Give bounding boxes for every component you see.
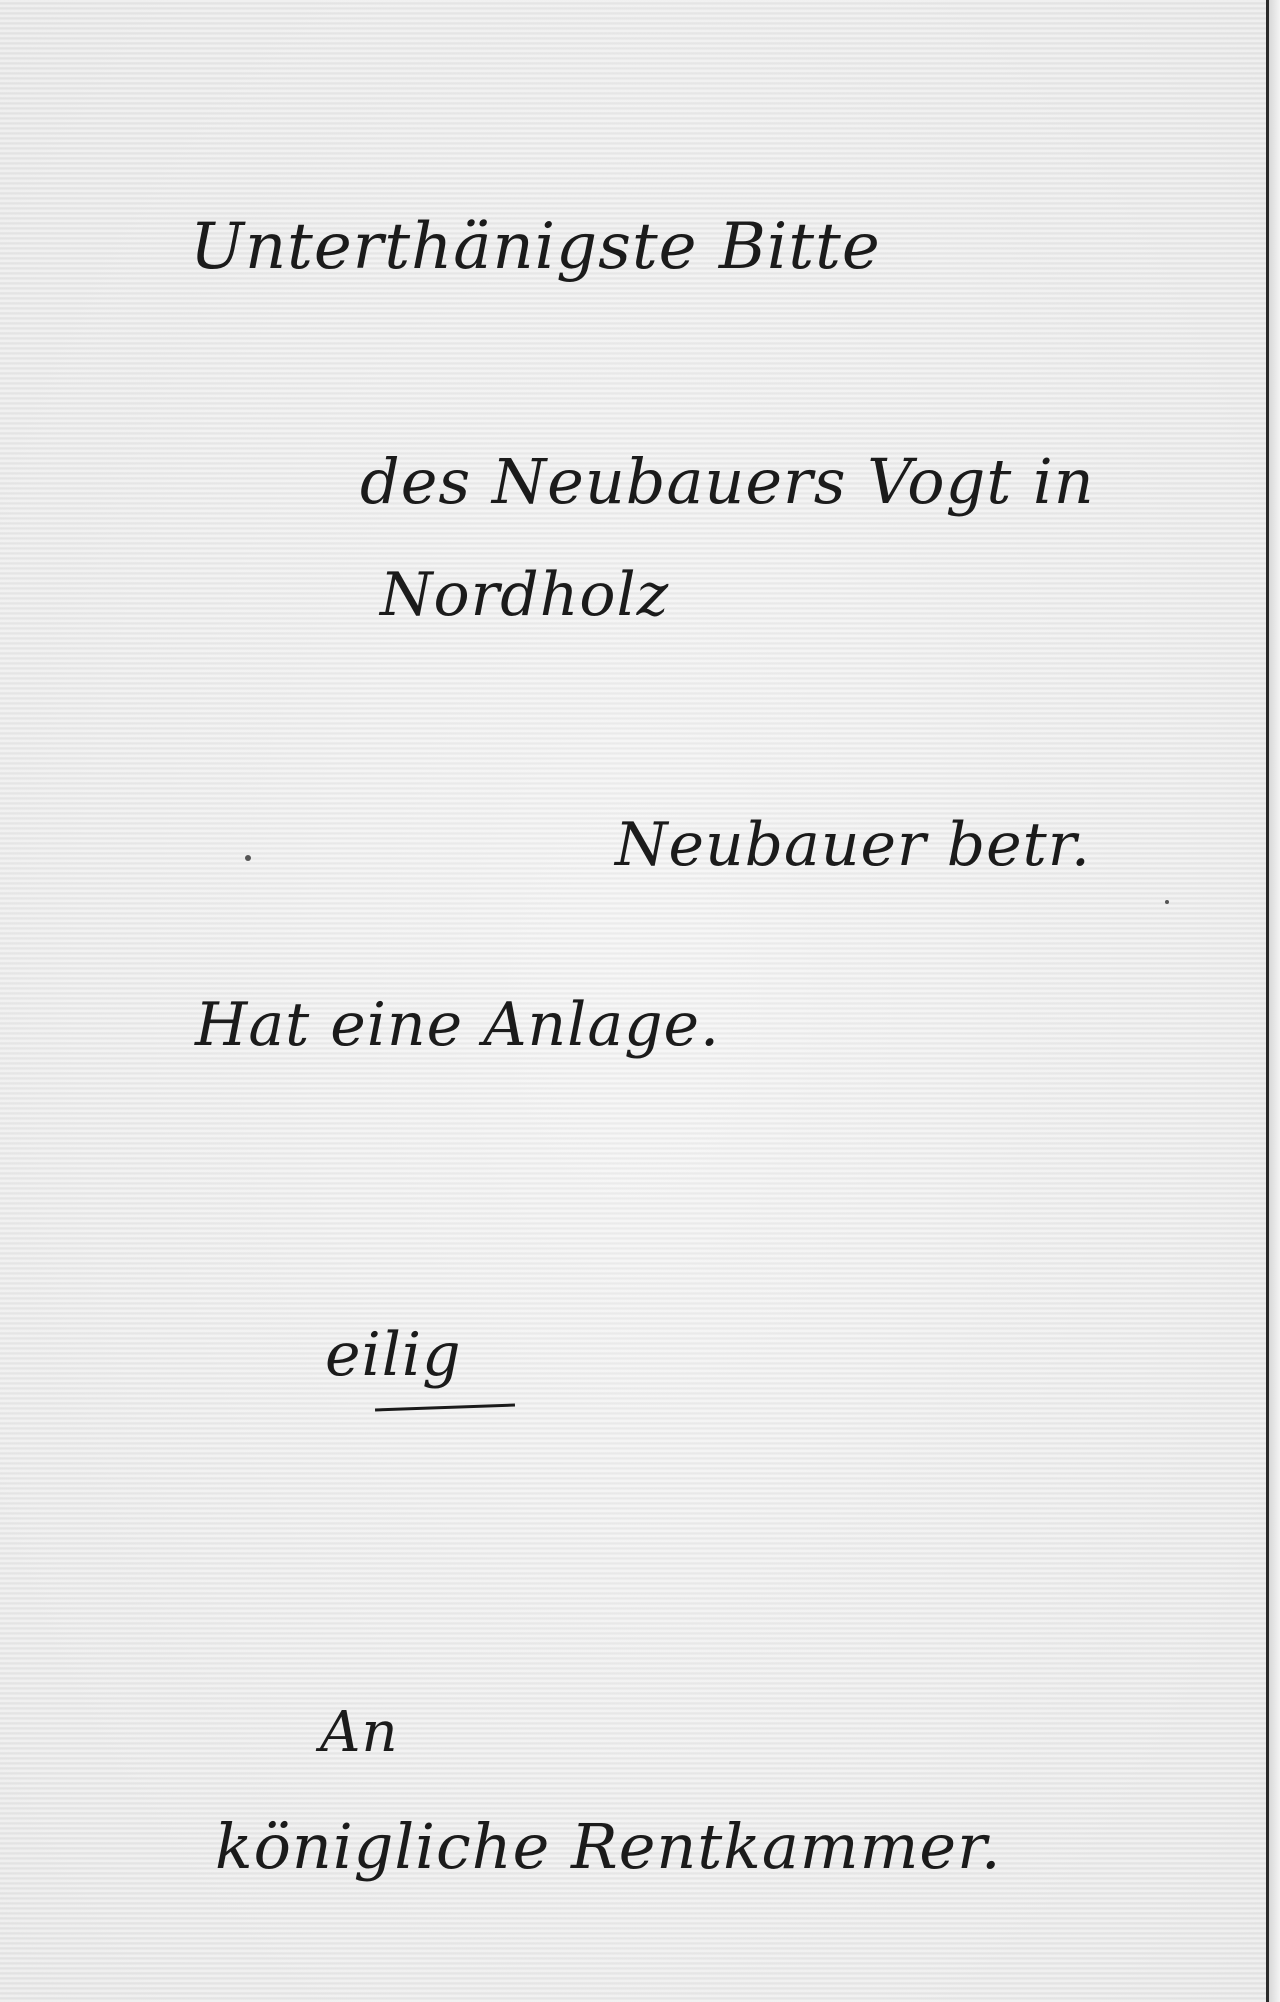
urgency-note: eilig xyxy=(325,1320,461,1390)
enclosure-line: Hat eine Anlage. xyxy=(195,990,720,1060)
paper-speck xyxy=(1165,900,1169,904)
addressee-line: königliche Rentkammer. xyxy=(215,1810,1002,1883)
paper-speck xyxy=(245,855,251,861)
place-line: Nordholz xyxy=(380,560,669,630)
urgency-text: eilig xyxy=(325,1320,461,1390)
subject-line: Neubauer betr. xyxy=(615,810,1091,880)
document-page: Unterthänigste Bitte des Neubauers Vogt … xyxy=(0,0,1268,2002)
address-prefix-line: An xyxy=(320,1700,399,1765)
petitioner-line: des Neubauers Vogt in xyxy=(360,445,1095,518)
heading-line: Unterthänigste Bitte xyxy=(190,210,881,284)
adjacent-page-margin xyxy=(1269,0,1280,2002)
urgency-underline xyxy=(375,1404,515,1412)
